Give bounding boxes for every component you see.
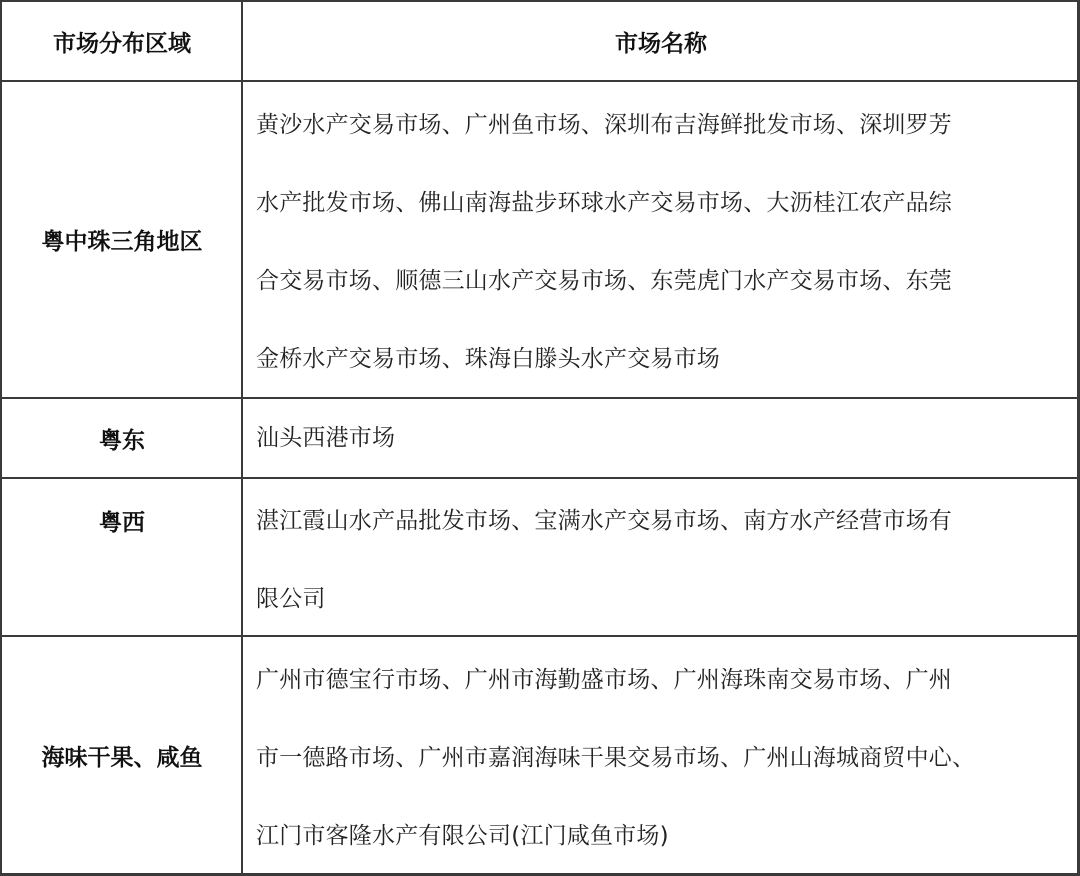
header-market-name: 市场名称 <box>244 2 1078 80</box>
header-market-name-label: 市场名称 <box>615 25 707 58</box>
market-line: 江门市客隆水产有限公司(江门咸鱼市场) <box>256 797 1070 875</box>
market-line: 限公司 <box>256 560 1070 638</box>
table-border-row2 <box>0 477 1080 479</box>
row-region-1: 粤中珠三角地区 <box>2 82 242 397</box>
market-line: 广州市德宝行市场、广州市海勤盛市场、广州海珠南交易市场、广州 <box>256 641 1070 719</box>
market-line: 金桥水产交易市场、珠海白滕头水产交易市场 <box>256 320 1070 398</box>
region-label: 粤西 <box>99 504 145 537</box>
row-markets-1: 黄沙水产交易市场、广州鱼市场、深圳布吉海鲜批发市场、深圳罗芳 水产批发市场、佛山… <box>256 86 1070 398</box>
row-markets-2: 汕头西港市场 <box>256 399 1070 477</box>
row-region-3: 粤西 <box>2 480 242 560</box>
market-line: 汕头西港市场 <box>256 399 1070 477</box>
header-region: 市场分布区域 <box>2 2 242 80</box>
region-label: 粤中珠三角地区 <box>42 223 203 256</box>
market-line: 市一德路市场、广州市嘉润海味干果交易市场、广州山海城商贸中心、 <box>256 719 1070 797</box>
row-region-4: 海味干果、咸鱼 <box>2 637 242 873</box>
market-line: 黄沙水产交易市场、广州鱼市场、深圳布吉海鲜批发市场、深圳罗芳 <box>256 86 1070 164</box>
header-region-label: 市场分布区域 <box>53 25 191 58</box>
market-distribution-table: 市场分布区域 市场名称 粤中珠三角地区 黄沙水产交易市场、广州鱼市场、深圳布吉海… <box>0 0 1080 876</box>
row-region-2: 粤东 <box>2 399 242 477</box>
row-markets-3: 湛江霞山水产品批发市场、宝满水产交易市场、南方水产经营市场有 限公司 <box>256 482 1070 638</box>
row-markets-4: 广州市德宝行市场、广州市海勤盛市场、广州海珠南交易市场、广州 市一德路市场、广州… <box>256 641 1070 875</box>
market-line: 合交易市场、顺德三山水产交易市场、东莞虎门水产交易市场、东莞 <box>256 242 1070 320</box>
region-label: 粤东 <box>99 422 145 455</box>
market-line: 水产批发市场、佛山南海盐步环球水产交易市场、大沥桂江农产品综 <box>256 164 1070 242</box>
market-line: 湛江霞山水产品批发市场、宝满水产交易市场、南方水产经营市场有 <box>256 482 1070 560</box>
region-label: 海味干果、咸鱼 <box>42 739 203 772</box>
